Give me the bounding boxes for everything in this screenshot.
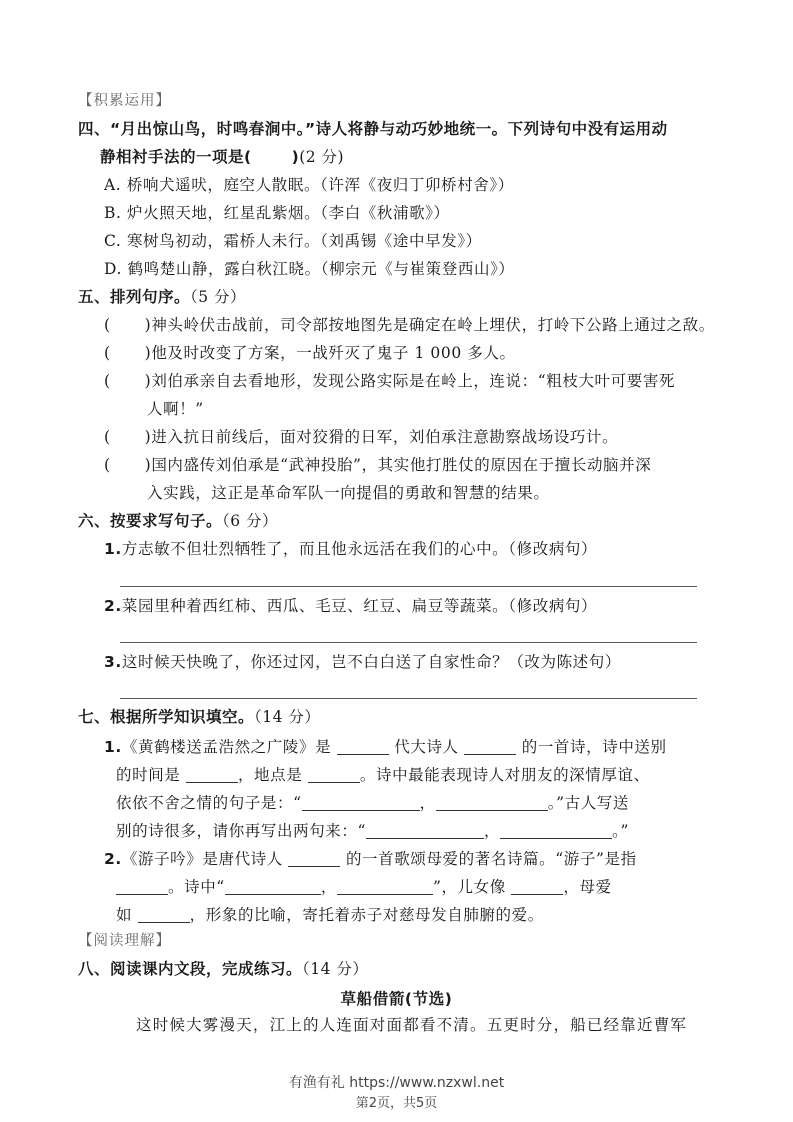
q6-item-text: 这时候天快晚了，你还过冈，岂不白白送了自家性命？（改为陈述句） [122, 653, 621, 671]
fill-blank-verse-1[interactable] [302, 794, 420, 811]
q4-option-c: C. 寒树鸟初动，霜桥人未行。（刘禹锡《途中早发》） [104, 231, 482, 251]
q6-title: 六、按要求写句子。（6 分） [78, 511, 278, 531]
q5-item-5-cont: 入实践，这正是革命军队一向提倡的勇敢和智慧的结果。 [147, 483, 550, 503]
order-paren-open: ( [104, 372, 111, 390]
text-segment: 的一首诗，诗中送别 [522, 738, 667, 756]
q7-item1-line1: 1.《黄鹤楼送孟浩然之广陵》是 代大诗人 的一首诗，诗中送别 [104, 737, 667, 757]
q5-item-text: 神头岭伏击战前，司令部按地图先是确定在岭上埋伏，打岭下公路上通过之敌。 [151, 316, 715, 334]
answer-line-3[interactable] [120, 698, 697, 699]
text-segment: 依依不舍之情的句子是：“ [116, 794, 302, 812]
q7-item-number: 1. [104, 738, 122, 756]
footer-page-info: 第2页，共5页 [0, 1092, 793, 1111]
category-label-reading: 【阅读理解】 [78, 931, 171, 951]
q7-item1-line4: 别的诗很多，请你再写出两句来：“，。” [116, 821, 629, 841]
text-segment: ， [484, 822, 500, 840]
text-segment: 。诗中“ [168, 878, 225, 896]
q5-points: （5 分） [190, 288, 246, 306]
q6-item-text: 方志敏不但壮烈牺牲了，而且他永远活在我们的心中。（修改病句） [122, 540, 597, 558]
q4-title-line1: 四、“月出惊山鸟，时鸣春涧中。”诗人将静与动巧妙地统一。下列诗句中没有运用动 [78, 119, 668, 139]
order-paren-open: ( [104, 456, 111, 474]
text-segment: ，母爱 [563, 878, 611, 896]
text-segment: ， [321, 878, 337, 896]
q7-item2-line2: 。诗中“，”，儿女像 ，母爱 [116, 877, 612, 897]
q8-title-text: 八、阅读课内文段，完成练习。 [78, 960, 302, 978]
q6-item-number: 2. [104, 597, 122, 615]
q6-points: （6 分） [222, 512, 278, 530]
fill-blank-farewell-1[interactable] [366, 822, 484, 839]
text-segment: ”，儿女像 [433, 878, 506, 896]
q5-item-text: 国内盛传刘伯承是“武神投胎”，其实他打胜仗的原因在于擅长动脑并深 [151, 456, 651, 474]
text-segment: ，形象的比喻，寄托着赤子对慈母发自肺腑的爱。 [190, 906, 544, 924]
q5-item-2: ()他及时改变了方案，一战歼灭了鬼子 1 000 多人。 [104, 343, 516, 363]
text-segment: ， [420, 794, 436, 812]
q6-title-text: 六、按要求写句子。 [78, 512, 222, 530]
text-segment: 《游子吟》是唐代诗人 [122, 850, 283, 868]
q7-points: （14 分） [254, 708, 320, 726]
q5-item-5: ()国内盛传刘伯承是“武神投胎”，其实他打胜仗的原因在于擅长动脑并深 [104, 455, 651, 475]
q5-item-text: 进入抗日前线后，面对狡猾的日军，刘伯承注意勘察战场设巧计。 [151, 428, 618, 446]
text-segment: 。”古人写送 [548, 794, 629, 812]
q7-item1-line3: 依依不舍之情的句子是：“，。”古人写送 [116, 793, 629, 813]
q5-item-text: 他及时改变了方案，一战歼灭了鬼子 1 000 多人。 [151, 344, 515, 362]
footer-watermark: 有渔有礼 https://www.nzxwl.net [0, 1072, 793, 1092]
q7-title: 七、根据所学知识填空。（14 分） [78, 707, 320, 727]
fill-blank-poet-2[interactable] [288, 850, 340, 867]
text-segment: 如 [116, 906, 132, 924]
fill-blank-verse-4[interactable] [337, 878, 433, 895]
text-segment: 的时间是 [116, 766, 180, 784]
q4-points: (2 分) [299, 148, 344, 166]
answer-line-2[interactable] [120, 642, 697, 643]
order-paren-open: ( [104, 428, 111, 446]
q4-option-a: A. 桥响犬遥吠，庭空人散眠。（许浑《夜归丁卯桥村舍》） [104, 175, 514, 195]
q8-points: （14 分） [302, 960, 368, 978]
text-segment: 别的诗很多，请你再写出两句来：“ [116, 822, 366, 840]
fill-blank-children[interactable] [511, 878, 563, 895]
q5-item-3: ()刘伯承亲自去看地形，发现公路实际是在岭上，连说：“粗枝大叶可要害死 [104, 371, 675, 391]
q5-item-1: ()神头岭伏击战前，司令部按地图先是确定在岭上埋伏，打岭下公路上通过之敌。 [104, 315, 715, 335]
text-segment: 代大诗人 [394, 738, 458, 756]
exam-page: 【积累运用】 四、“月出惊山鸟，时鸣春涧中。”诗人将静与动巧妙地统一。下列诗句中… [0, 0, 793, 1122]
q6-item-number: 3. [104, 653, 122, 671]
q4-title-line2: 静相衬手法的一项是()(2 分) [100, 147, 344, 167]
fill-blank-place[interactable] [308, 766, 360, 783]
q7-item2-line3: 如 ，形象的比喻，寄托着赤子对慈母发自肺腑的爱。 [116, 905, 544, 925]
fill-blank-verse-2[interactable] [436, 794, 548, 811]
q6-item-3: 3.这时候天快晚了，你还过冈，岂不白白送了自家性命？（改为陈述句） [104, 652, 621, 672]
text-segment: ，地点是 [238, 766, 302, 784]
answer-line-1[interactable] [120, 586, 697, 587]
q6-item-number: 1. [104, 540, 122, 558]
q5-title: 五、排列句序。（5 分） [78, 287, 246, 307]
q4-title-text: 静相衬手法的一项是( [100, 148, 252, 166]
passage-title: 草船借箭(节选) [0, 989, 793, 1009]
fill-blank-verse-3[interactable] [225, 878, 321, 895]
q5-item-text: 刘伯承亲自去看地形，发现公路实际是在岭上，连说：“粗枝大叶可要害死 [151, 372, 675, 390]
text-segment: 。” [612, 822, 629, 840]
q7-item2-line1: 2.《游子吟》是唐代诗人 的一首歌颂母爱的著名诗篇。“游子”是指 [104, 849, 637, 869]
fill-blank-wanderer[interactable] [116, 878, 168, 895]
q5-item-4: ()进入抗日前线后，面对狡猾的日军，刘伯承注意勘察战场设巧计。 [104, 427, 618, 447]
q7-title-text: 七、根据所学知识填空。 [78, 708, 254, 726]
text-segment: 。诗中最能表现诗人对朋友的深情厚谊、 [360, 766, 650, 784]
category-label-accumulate: 【积累运用】 [78, 91, 171, 111]
q6-item-1: 1.方志敏不但壮烈牺牲了，而且他永远活在我们的心中。（修改病句） [104, 539, 597, 559]
order-paren-open: ( [104, 344, 111, 362]
text-segment: 《黄鹤楼送孟浩然之广陵》是 [122, 738, 331, 756]
passage-line-1: 这时候大雾漫天，江上的人连面对面都看不清。五更时分，船已经靠近曹军 [136, 1015, 687, 1035]
q6-item-text: 菜园里种着西红柿、西瓜、毛豆、红豆、扁豆等蔬菜。（修改病句） [122, 597, 597, 615]
order-paren-open: ( [104, 316, 111, 334]
q6-item-2: 2.菜园里种着西红柿、西瓜、毛豆、红豆、扁豆等蔬菜。（修改病句） [104, 596, 597, 616]
q5-title-text: 五、排列句序。 [78, 288, 190, 306]
fill-blank-time[interactable] [186, 766, 238, 783]
q7-item1-line2: 的时间是 ，地点是 。诗中最能表现诗人对朋友的深情厚谊、 [116, 765, 650, 785]
fill-blank-dynasty[interactable] [337, 738, 389, 755]
q4-option-d: D. 鹤鸣楚山静，露白秋江晓。（柳宗元《与崔策登西山》） [104, 259, 515, 279]
fill-blank-poet[interactable] [464, 738, 516, 755]
q8-title: 八、阅读课内文段，完成练习。（14 分） [78, 959, 368, 979]
fill-blank-farewell-2[interactable] [500, 822, 612, 839]
q4-option-b: B. 炉火照天地，红星乱紫烟。（李白《秋浦歌》） [104, 203, 450, 223]
q7-item-number: 2. [104, 850, 122, 868]
q5-item-3-cont: 人啊！” [147, 399, 204, 419]
fill-blank-mother-love[interactable] [138, 906, 190, 923]
text-segment: 的一首歌颂母爱的著名诗篇。“游子”是指 [346, 850, 637, 868]
